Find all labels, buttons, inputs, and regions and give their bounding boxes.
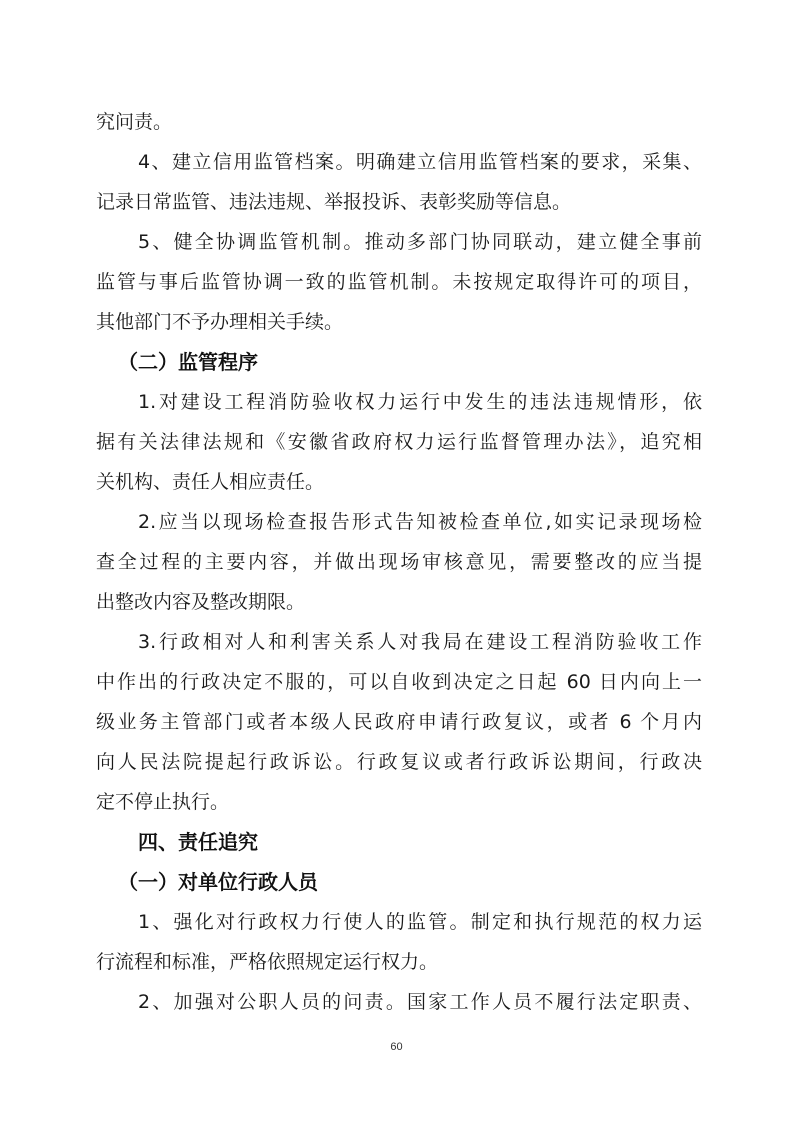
document-page: 究问责。 4、建立信用监管档案。明确建立信用监管档案的要求，采集、 记录日常监管… [0, 0, 793, 1122]
body-line: 查全过程的主要内容，并做出现场审核意见，需要整改的应当提 [96, 542, 702, 582]
body-line: 其他部门不予办理相关手续。 [96, 302, 702, 342]
list-item-4-credit-archive: 4、建立信用监管档案。明确建立信用监管档案的要求，采集、 [96, 142, 702, 182]
body-line: 据有关法律法规和《安徽省政府权力运行监督管理办法》，追究相 [96, 422, 702, 462]
procedure-item-3: 3.行政相对人和利害关系人对我局在建设工程消防验收工作 [96, 622, 702, 662]
accountability-item-2: 2、加强对公职人员的问责。国家工作人员不履行法定职责、 [96, 982, 702, 1022]
body-line: 记录日常监管、违法违规、举报投诉、表彰奖励等信息。 [96, 182, 702, 222]
page-number: 60 [0, 1041, 793, 1053]
body-line: 行流程和标准，严格依照规定运行权力。 [96, 942, 702, 982]
procedure-item-2: 2.应当以现场检查报告形式告知被检查单位,如实记录现场检 [96, 502, 702, 542]
body-line: 向人民法院提起行政诉讼。行政复议或者行政诉讼期间，行政决 [96, 742, 702, 782]
body-line: 定不停止执行。 [96, 782, 702, 822]
body-line: 级业务主管部门或者本级人民政府申请行政复议，或者 6 个月内 [96, 702, 702, 742]
section-heading-supervision-procedure: （二）监管程序 [96, 342, 702, 382]
body-line: 关机构、责任人相应责任。 [96, 462, 702, 502]
body-line-continuation: 究问责。 [96, 102, 702, 142]
body-line: 中作出的行政决定不服的，可以自收到决定之日起 60 日内向上一 [96, 662, 702, 702]
section-heading-administrative-staff: （一）对单位行政人员 [96, 862, 702, 902]
procedure-item-1: 1.对建设工程消防验收权力运行中发生的违法违规情形，依 [96, 382, 702, 422]
body-line: 出整改内容及整改期限。 [96, 582, 702, 622]
list-item-5-coordination: 5、健全协调监管机制。推动多部门协同联动，建立健全事前 [96, 222, 702, 262]
document-body: 究问责。 4、建立信用监管档案。明确建立信用监管档案的要求，采集、 记录日常监管… [96, 102, 702, 1022]
body-line: 监管与事后监管协调一致的监管机制。未按规定取得许可的项目， [96, 262, 702, 302]
accountability-item-1: 1、强化对行政权力行使人的监管。制定和执行规范的权力运 [96, 902, 702, 942]
chapter-heading-accountability: 四、责任追究 [96, 822, 702, 862]
